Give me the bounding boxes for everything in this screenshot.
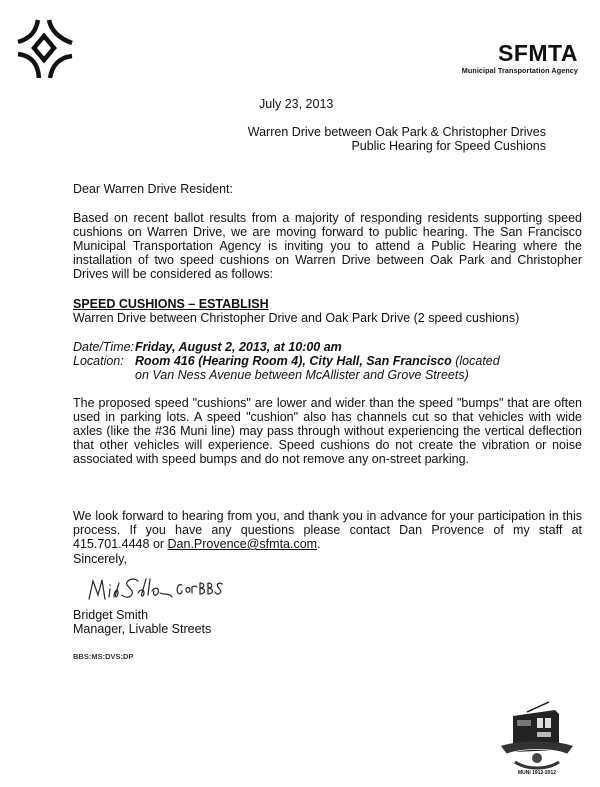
handwritten-signature-icon xyxy=(86,575,226,603)
signer-name: Bridget Smith xyxy=(73,608,582,622)
agency-short-name: SFMTA xyxy=(462,42,578,64)
badge-text: MUNI 1912-2012 xyxy=(518,770,556,776)
date-time-label: Date/Time: xyxy=(73,340,135,354)
agency-full-name: Municipal Transportation Agency xyxy=(462,66,578,75)
subject-line-1: Warren Drive between Oak Park & Christop… xyxy=(248,125,546,139)
sfmta-logo-icon xyxy=(14,16,76,82)
closing: Sincerely, xyxy=(73,552,582,566)
contact-paragraph: We look forward to hearing from you, and… xyxy=(73,509,582,551)
subject-line-2: Public Hearing for Speed Cushions xyxy=(248,139,546,153)
signer-title: Manager, Livable Streets xyxy=(73,622,582,636)
contact-end: . xyxy=(317,537,320,551)
reference-initials: BBS:MS:DVS:DP xyxy=(73,652,133,661)
salutation: Dear Warren Drive Resident: xyxy=(73,182,582,196)
location-note-line2: on Van Ness Avenue between McAllister an… xyxy=(135,368,469,382)
letter-date: July 23, 2013 xyxy=(259,97,333,111)
section-title: SPEED CUSHIONS – ESTABLISH xyxy=(73,297,582,311)
location-note: (located xyxy=(452,354,500,368)
date-time-value: Friday, August 2, 2013, at 10:00 am xyxy=(135,340,435,354)
location-label: Location: xyxy=(73,354,135,368)
location-value-wrap: Room 416 (Hearing Room 4), City Hall, Sa… xyxy=(135,354,435,382)
contact-text: We look forward to hearing from you, and… xyxy=(73,509,582,551)
speed-cushion-explanation: The proposed speed "cushions" are lower … xyxy=(73,396,582,466)
subject-block: Warren Drive between Oak Park & Christop… xyxy=(248,125,546,153)
letterhead-brand: SFMTA Municipal Transportation Agency xyxy=(462,42,578,75)
location-value: Room 416 (Hearing Room 4), City Hall, Sa… xyxy=(135,354,452,368)
section-description: Warren Drive between Christopher Drive a… xyxy=(73,311,582,325)
intro-paragraph: Based on recent ballot results from a ma… xyxy=(73,211,582,281)
contact-email-link[interactable]: Dan.Provence@sfmta.com xyxy=(168,537,318,551)
muni-centennial-badge-icon: MUNI 1912-2012 xyxy=(497,700,577,776)
